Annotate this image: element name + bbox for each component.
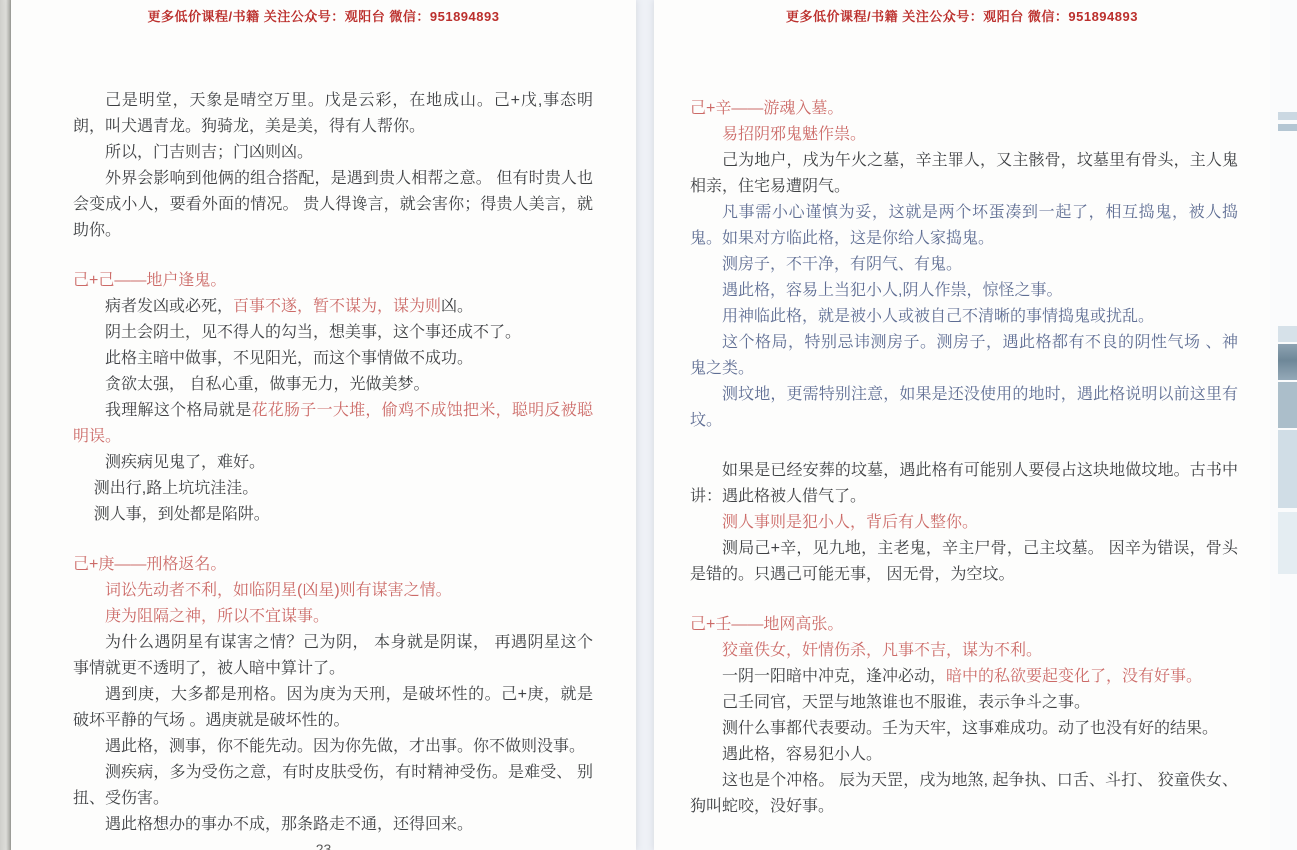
- text-run: 测出行,路上坑坑洼洼。: [94, 480, 258, 497]
- text-run: 测疾病，多为受伤之意，有时皮肤受伤，有时精神受伤。是难受、 别扭、受伤害。: [73, 764, 593, 807]
- page-edge-artifact: [1278, 512, 1297, 574]
- paragraph: 测人事则是犯小人，背后有人整你。: [690, 510, 1238, 536]
- paragraph: 如果是已经安葬的坟墓，遇此格有可能别人要侵占这块地做坟地。古书中讲：遇此格被人借…: [690, 458, 1238, 510]
- paragraph: 测局己+辛，见九地，主老鬼，辛主尸骨，己主坟墓。 因辛为错误，骨头是错的。只遇己…: [690, 536, 1238, 588]
- text-run: 己是明堂，天象是晴空万里。戊是云彩，在地成山。己+戊,事态明朗，叫犬遇青龙。狗骑…: [73, 92, 593, 135]
- text-run: 阴土会阴土，见不得人的勾当，想美事，这个事还成不了。: [105, 324, 521, 341]
- text-run: 庚为阻隔之神，所以不宜谋事。: [105, 608, 329, 625]
- right-page: 更多低价课程/书籍 关注公众号：观阳台 微信：951894893 己+辛——游魂…: [654, 0, 1270, 850]
- paragraph: 测疾病见鬼了，难好。: [73, 450, 593, 476]
- text-run: 词讼先动者不利，如临阴星(凶星)则有谋害之情。: [105, 582, 452, 599]
- section-heading: 己+壬——地网高张。: [690, 612, 1238, 638]
- paragraph: 阴土会阴土，见不得人的勾当，想美事，这个事还成不了。: [73, 320, 593, 346]
- text-run: 这个格局，特别忌讳测房子。测房子，遇此格都有不良的阴性气场 、神鬼之类。: [690, 334, 1238, 377]
- text-run: 测坟地，更需特别注意，如果是还没使用的地时，遇此格说明以前这里有坟。: [690, 386, 1238, 429]
- page-number: 23: [316, 841, 332, 850]
- text-run: 贪欲太强， 自私心重，做事无力，光做美梦。: [105, 376, 429, 393]
- text-run: 此格主暗中做事，不见阳光，而这个事情做不成功。: [105, 350, 473, 367]
- text-run: 狡童佚女，奸情伤杀，凡事不吉，谋为不利。: [722, 642, 1042, 659]
- paragraph: 所以，门吉则吉；门凶则凶。: [73, 140, 593, 166]
- text-run: 测疾病见鬼了，难好。: [105, 454, 265, 471]
- paragraph: 遇此格，测事，你不能先动。因为你先做，才出事。你不做则没事。: [73, 734, 593, 760]
- adjacent-page-edge: [1270, 0, 1297, 850]
- paragraph-gap: [73, 244, 593, 268]
- page-edge-artifact: [1278, 124, 1297, 131]
- text-run: 己+辛——游魂入墓。: [690, 100, 843, 117]
- text-run: 测什么事都代表要动。壬为天牢，这事难成功。动了也没有好的结果。: [722, 720, 1218, 737]
- paragraph: 己是明堂，天象是晴空万里。戊是云彩，在地成山。己+戊,事态明朗，叫犬遇青龙。狗骑…: [73, 88, 593, 140]
- text-run: 遇此格，测事，你不能先动。因为你先做，才出事。你不做则没事。: [105, 738, 585, 755]
- paragraph: 词讼先动者不利，如临阴星(凶星)则有谋害之情。: [73, 578, 593, 604]
- paragraph: 遇此格想办的事办不成，那条路走不通，还得回来。: [73, 812, 593, 838]
- paragraph: 测什么事都代表要动。壬为天牢，这事难成功。动了也没有好的结果。: [690, 716, 1238, 742]
- text-run: 百事不遂，暂不谋为，谋为则: [233, 298, 441, 315]
- paragraph: 用神临此格，就是被小人或被自己不清晰的事情捣鬼或扰乱。: [690, 304, 1238, 330]
- text-run: 遇此格想办的事办不成，那条路走不通，还得回来。: [105, 816, 473, 833]
- text-run: 凡事需小心谨慎为妥，这就是两个坏蛋凑到一起了，相互捣鬼，被人捣鬼。如果对方临此格…: [690, 204, 1238, 247]
- paragraph: 己壬同官，天罡与地煞谁也不服谁，表示争斗之事。: [690, 690, 1238, 716]
- text-run: 测局己+辛，见九地，主老鬼，辛主尸骨，己主坟墓。 因辛为错误，骨头是错的。只遇己…: [690, 540, 1238, 583]
- text-run: 这也是个冲格。 辰为天罡，戌为地煞, 起争执、口舌、斗打、 狡童佚女、狗叫蛇咬，…: [690, 772, 1238, 815]
- left-page-content: 己是明堂，天象是晴空万里。戊是云彩，在地成山。己+戊,事态明朗，叫犬遇青龙。狗骑…: [73, 88, 593, 838]
- text-run: 一阴一阳暗中冲克，逢冲必动，: [722, 668, 946, 685]
- text-run: 所以，门吉则吉；门凶则凶。: [105, 144, 313, 161]
- text-run: 测人事，到处都是陷阱。: [94, 506, 270, 523]
- page-edge-artifact: [1278, 344, 1297, 380]
- page-gap: [636, 0, 654, 850]
- page-header: 更多低价课程/书籍 关注公众号：观阳台 微信：951894893: [654, 6, 1270, 25]
- text-run: 易招阴邪鬼魅作祟。: [722, 126, 866, 143]
- text-run: 如果是已经安葬的坟墓，遇此格有可能别人要侵占这块地做坟地。古书中讲：遇此格被人借…: [690, 462, 1238, 505]
- paragraph: 测坟地，更需特别注意，如果是还没使用的地时，遇此格说明以前这里有坟。: [690, 382, 1238, 434]
- paragraph: 测人事，到处都是陷阱。: [73, 502, 593, 528]
- paragraph: 我理解这个格局就是花花肠子一大堆，偷鸡不成蚀把米，聪明反被聪明误。: [73, 398, 593, 450]
- section-heading: 己+己——地户逢鬼。: [73, 268, 593, 294]
- text-run: 用神临此格，就是被小人或被自己不清晰的事情捣鬼或扰乱。: [722, 308, 1154, 325]
- left-page: 更多低价课程/书籍 关注公众号：观阳台 微信：951894893 己是明堂，天象…: [11, 0, 636, 850]
- paragraph: 病者发凶或必死，百事不遂，暂不谋为，谋为则凶。: [73, 294, 593, 320]
- text-run: 测房子，不干净，有阴气、有鬼。: [722, 256, 962, 273]
- paragraph-gap: [690, 434, 1238, 458]
- text-run: 己+己——地户逢鬼。: [73, 272, 226, 289]
- paragraph: 这也是个冲格。 辰为天罡，戌为地煞, 起争执、口舌、斗打、 狡童佚女、狗叫蛇咬，…: [690, 768, 1238, 820]
- paragraph: 遇到庚，大多都是刑格。因为庚为天刑，是破坏性的。己+庚，就是破坏平静的气场 。遇…: [73, 682, 593, 734]
- paragraph: 一阴一阳暗中冲克，逢冲必动，暗中的私欲要起变化了，没有好事。: [690, 664, 1238, 690]
- paragraph: 测出行,路上坑坑洼洼。: [73, 476, 593, 502]
- text-run: 己为地户，戌为午火之墓，辛主罪人，又主骸骨，坟墓里有骨头，主人鬼相亲，住宅易遭阴…: [690, 152, 1238, 195]
- text-run: 遇到庚，大多都是刑格。因为庚为天刑，是破坏性的。己+庚，就是破坏平静的气场 。遇…: [73, 686, 593, 729]
- text-run: 外界会影响到他俩的组合搭配，是遇到贵人相帮之意。 但有时贵人也会变成小人，要看外…: [73, 170, 593, 239]
- paragraph: 遇此格，容易犯小人。: [690, 742, 1238, 768]
- text-run: 己+壬——地网高张。: [690, 616, 843, 633]
- paragraph-gap: [73, 528, 593, 552]
- book-spine-edge: [0, 0, 11, 850]
- text-run: 暗中的私欲要起变化了，没有好事。: [946, 668, 1202, 685]
- text-run: 测人事则是犯小人，背后有人整你。: [722, 514, 978, 531]
- paragraph: 为什么遇阴星有谋害之情？己为阴， 本身就是阴谋， 再遇阴星这个事情就更不透明了，…: [73, 630, 593, 682]
- text-run: 病者发凶或必死，: [105, 298, 233, 315]
- text-run: 遇此格，容易犯小人。: [722, 746, 882, 763]
- paragraph: 易招阴邪鬼魅作祟。: [690, 122, 1238, 148]
- text-run: 己+庚——刑格返名。: [73, 556, 226, 573]
- paragraph: 这个格局，特别忌讳测房子。测房子，遇此格都有不良的阴性气场 、神鬼之类。: [690, 330, 1238, 382]
- paragraph: 遇此格，容易上当犯小人,阴人作祟，惊怪之事。: [690, 278, 1238, 304]
- scanned-document-spread: 更多低价课程/书籍 关注公众号：观阳台 微信：951894893 己是明堂，天象…: [0, 0, 1297, 850]
- paragraph: 贪欲太强， 自私心重，做事无力，光做美梦。: [73, 372, 593, 398]
- paragraph-gap: [690, 588, 1238, 612]
- text-run: 己壬同官，天罡与地煞谁也不服谁，表示争斗之事。: [722, 694, 1090, 711]
- page-edge-artifact: [1278, 112, 1297, 120]
- page-edge-artifact: [1278, 382, 1297, 428]
- paragraph: 此格主暗中做事，不见阳光，而这个事情做不成功。: [73, 346, 593, 372]
- page-header: 更多低价课程/书籍 关注公众号：观阳台 微信：951894893: [11, 6, 636, 25]
- paragraph: 凡事需小心谨慎为妥，这就是两个坏蛋凑到一起了，相互捣鬼，被人捣鬼。如果对方临此格…: [690, 200, 1238, 252]
- paragraph: 外界会影响到他俩的组合搭配，是遇到贵人相帮之意。 但有时贵人也会变成小人，要看外…: [73, 166, 593, 244]
- page-edge-artifact: [1278, 430, 1297, 508]
- right-page-content: 己+辛——游魂入墓。易招阴邪鬼魅作祟。己为地户，戌为午火之墓，辛主罪人，又主骸骨…: [690, 96, 1238, 820]
- text-run: 凶。: [441, 298, 473, 315]
- paragraph: 狡童佚女，奸情伤杀，凡事不吉，谋为不利。: [690, 638, 1238, 664]
- text-run: 遇此格，容易上当犯小人,阴人作祟，惊怪之事。: [722, 282, 1062, 299]
- text-run: 我理解这个格局就是: [105, 402, 251, 419]
- text-run: 为什么遇阴星有谋害之情？己为阴， 本身就是阴谋， 再遇阴星这个事情就更不透明了，…: [73, 634, 593, 677]
- page-edge-artifact: [1278, 326, 1297, 342]
- paragraph: 庚为阻隔之神，所以不宜谋事。: [73, 604, 593, 630]
- paragraph: 测房子，不干净，有阴气、有鬼。: [690, 252, 1238, 278]
- section-heading: 己+庚——刑格返名。: [73, 552, 593, 578]
- section-heading: 己+辛——游魂入墓。: [690, 96, 1238, 122]
- paragraph: 己为地户，戌为午火之墓，辛主罪人，又主骸骨，坟墓里有骨头，主人鬼相亲，住宅易遭阴…: [690, 148, 1238, 200]
- paragraph: 测疾病，多为受伤之意，有时皮肤受伤，有时精神受伤。是难受、 别扭、受伤害。: [73, 760, 593, 812]
